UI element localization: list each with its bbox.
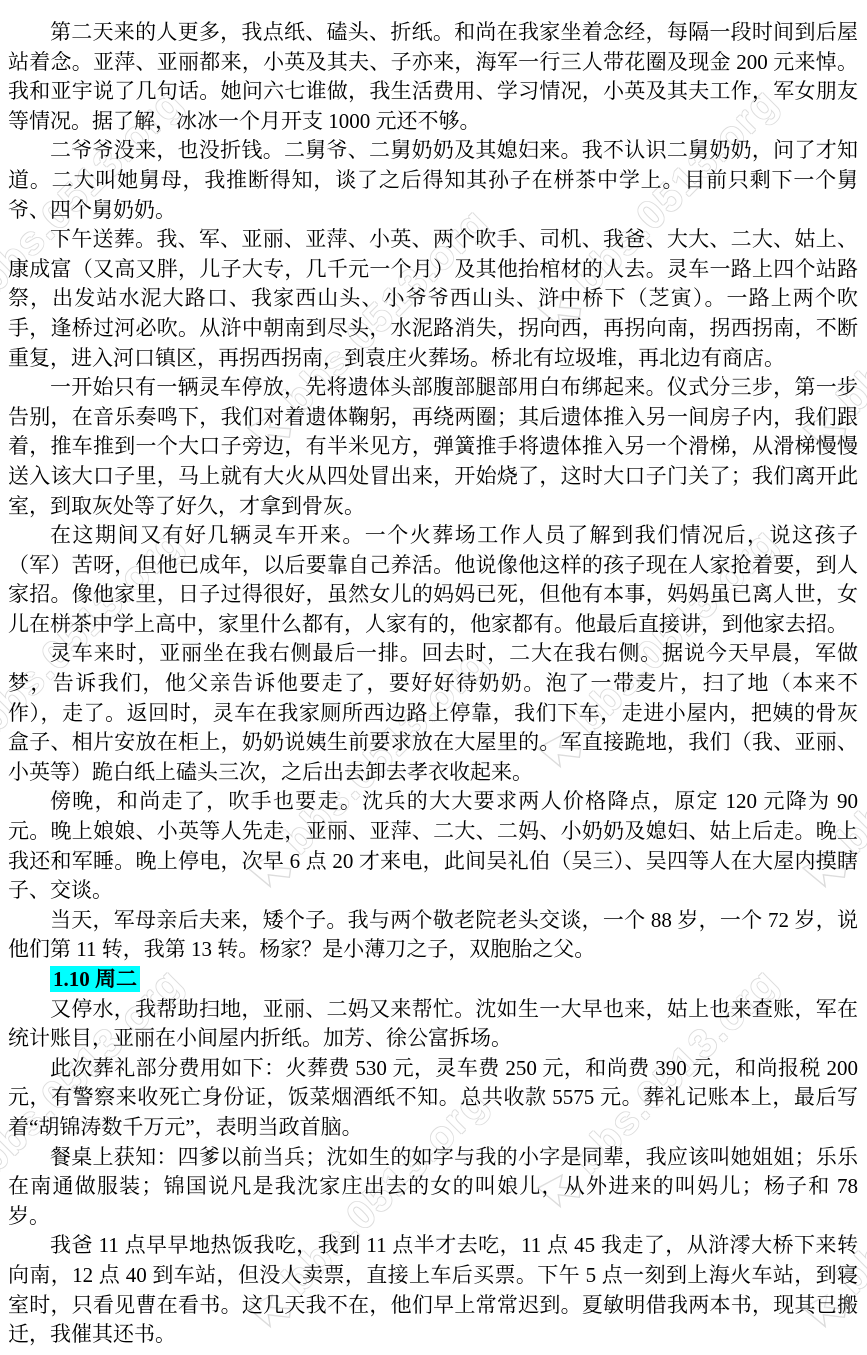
paragraph: 我爸 11 点早早地热饭我吃，我到 11 点半才去吃，11 点 45 我走了，从…	[8, 1231, 858, 1349]
paragraph: 餐桌上获知：四爹以前当兵；沈如生的如字与我的小字是同辈，我应该叫她姐姐；乐乐在南…	[8, 1143, 858, 1232]
paragraph: 傍晚，和尚走了，吹手也要走。沈兵的大大要求两人价格降点，原定 120 元降为 9…	[8, 787, 858, 905]
paragraph: 第二天来的人更多，我点纸、磕头、折纸。和尚在我家坐着念经，每隔一段时间到后屋站着…	[8, 18, 858, 136]
paragraph: 二爷爷没来，也没折钱。二舅爷、二舅奶奶及其媳妇来。我不认识二舅奶奶，问了才知道。…	[8, 136, 858, 225]
paragraph: 此次葬礼部分费用如下：火葬费 530 元，灵车费 250 元，和尚费 390 元…	[8, 1054, 858, 1143]
paragraph: 下午送葬。我、军、亚丽、亚萍、小英、两个吹手、司机、我爸、大大、二大、姑上、康成…	[8, 225, 858, 373]
paragraph: 一开始只有一辆灵车停放，先将遗体头部腹部腿部用白布绑起来。仪式分三步，第一步告别…	[8, 373, 858, 521]
document-page: bbs.0513.org bbs.0513.org bbs.0513.org b…	[0, 0, 867, 1355]
paragraph: 又停水，我帮助扫地，亚丽、二妈又来帮忙。沈如生一大早也来，姑上也来查账，军在统计…	[8, 995, 858, 1054]
document-content: 第二天来的人更多，我点纸、磕头、折纸。和尚在我家坐着念经，每隔一段时间到后屋站着…	[8, 18, 858, 1350]
date-heading: 1.10 周二	[50, 966, 140, 992]
paragraph: 灵车来时，亚丽坐在我右侧最后一排。回去时，二大在我右侧。据说今天早晨，军做梦，告…	[8, 639, 858, 787]
paragraph: 在这期间又有好几辆灵车开来。一个火葬场工作人员了解到我们情况后，说这孩子（军）苦…	[8, 521, 858, 639]
date-heading-line: 1.10 周二	[8, 965, 858, 995]
paragraph: 当天，军母亲后夫来，矮个子。我与两个敬老院老头交谈，一个 88 岁，一个 72 …	[8, 906, 858, 965]
